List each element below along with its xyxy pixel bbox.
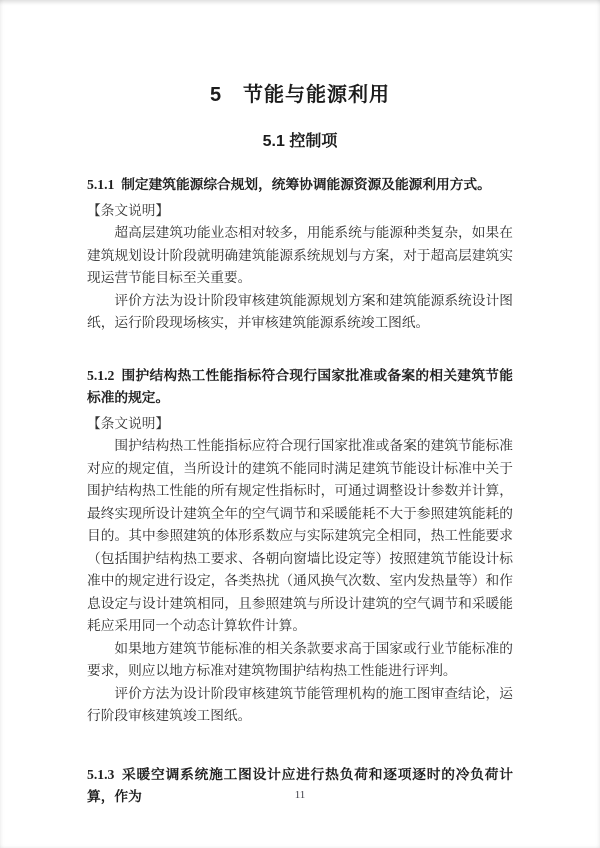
clause-heading: 5.1.2 围护结构热工性能指标符合现行国家批准或备案的相关建筑节能标准的规定。 bbox=[87, 365, 513, 410]
clause-paragraph: 如果地方建筑节能标准的相关条款要求高于国家或行业节能标准的要求，则应以地方标准对… bbox=[87, 638, 513, 683]
note-label: 【条文说明】 bbox=[87, 200, 513, 223]
section-title: 5.1 控制项 bbox=[87, 132, 513, 152]
clause-5-1-1: 5.1.1 制定建筑能源综合规划，统筹协调能源资源及能源利用方式。 【条文说明】… bbox=[87, 174, 513, 335]
clause-5-1-2: 5.1.2 围护结构热工性能指标符合现行国家批准或备案的相关建筑节能标准的规定。… bbox=[87, 365, 513, 728]
clause-paragraph: 围护结构热工性能指标应符合现行国家批准或备案的建筑节能标准对应的规定值，当所设计… bbox=[87, 435, 513, 638]
clause-heading: 5.1.3 采暖空调系统施工图设计应进行热负荷和逐项逐时的冷负荷计算，作为 bbox=[87, 764, 513, 809]
chapter-title: 5 节能与能源利用 bbox=[87, 82, 513, 108]
clause-heading: 5.1.1 制定建筑能源综合规划，统筹协调能源资源及能源利用方式。 bbox=[87, 174, 513, 197]
note-label: 【条文说明】 bbox=[87, 413, 513, 436]
clause-paragraph: 超高层建筑功能业态相对较多，用能系统与能源种类复杂，如果在建筑规划设计阶段就明确… bbox=[87, 222, 513, 290]
clause-paragraph: 评价方法为设计阶段审核建筑能源规划方案和建筑能源系统设计图纸，运行阶段现场核实，… bbox=[87, 290, 513, 335]
document-page: 5 节能与能源利用 5.1 控制项 5.1.1 制定建筑能源综合规划，统筹协调能… bbox=[0, 0, 600, 848]
clause-5-1-3: 5.1.3 采暖空调系统施工图设计应进行热负荷和逐项逐时的冷负荷计算，作为 bbox=[87, 764, 513, 809]
page-number: 11 bbox=[0, 789, 600, 801]
clause-paragraph: 评价方法为设计阶段审核建筑节能管理机构的施工图审查结论，运行阶段审核建筑竣工图纸… bbox=[87, 683, 513, 728]
